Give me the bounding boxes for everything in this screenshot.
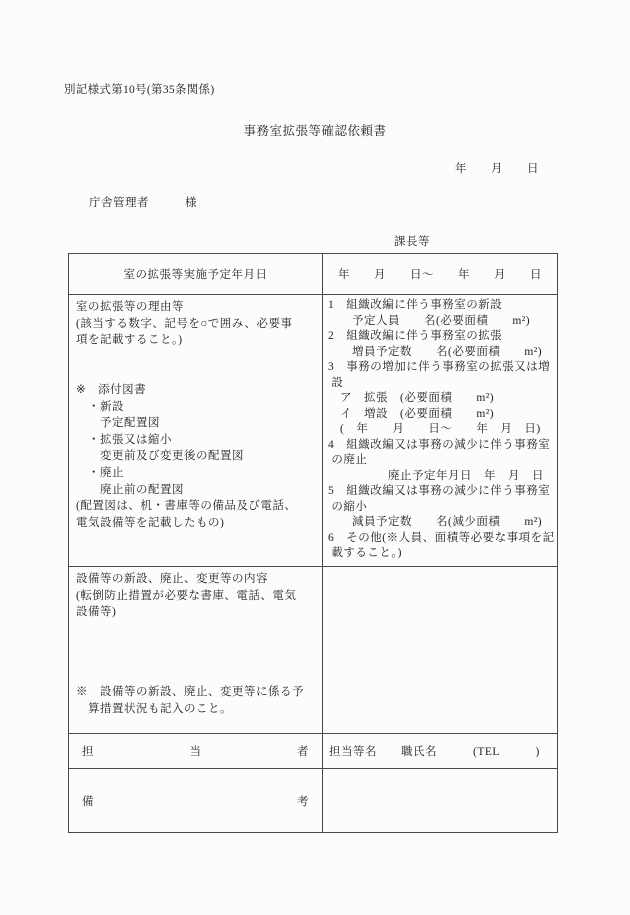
table-row-remarks: 備 考 <box>69 769 558 833</box>
scheduled-date-range-field[interactable]: 年 月 日～ 年 月 日 <box>323 254 558 295</box>
date-fill-in-line: 年 月 日 <box>455 160 539 176</box>
staff-label-char: 当 <box>190 743 202 759</box>
equipment-label-cell: 設備等の新設、廃止、変更等の内容 (転倒防止措置が必要な書庫、電話、電気 設備等… <box>69 567 323 734</box>
addressee-line: 庁舎管理者 様 <box>89 194 197 210</box>
form-number: 別記様式第10号(第35条関係) <box>64 81 214 97</box>
requester-label: 課長等 <box>394 233 430 249</box>
equipment-budget-note: ※ 設備等の新設、廃止、変更等に係る予 算措置状況も記入のこと。 <box>76 684 316 717</box>
equipment-entry-field[interactable] <box>323 567 558 734</box>
staff-label-char: 者 <box>297 743 309 759</box>
staff-label-cell: 担 当 者 <box>69 734 323 769</box>
remarks-label-char: 備 <box>82 793 94 809</box>
page-title: 事務室拡張等確認依頼書 <box>0 121 630 139</box>
equipment-cell-spacer <box>76 621 316 685</box>
remarks-label: 備 考 <box>70 793 321 809</box>
form-table: 室の拡張等実施予定年月日 年 月 日～ 年 月 日 室の拡張等の理由等 (該当す… <box>68 253 558 833</box>
table-row-reason: 室の拡張等の理由等 (該当する数字、記号を○で囲み、必要事 項を記載すること。)… <box>69 295 558 567</box>
staff-label: 担 当 者 <box>70 743 321 759</box>
table-row-equipment: 設備等の新設、廃止、変更等の内容 (転倒防止措置が必要な書庫、電話、電気 設備等… <box>69 567 558 734</box>
staff-entry-field[interactable]: 担当等名 職氏名 (TEL ) <box>323 734 558 769</box>
staff-label-char: 担 <box>82 743 94 759</box>
scheduled-date-header-label: 室の拡張等実施予定年月日 <box>69 254 323 295</box>
table-row-header: 室の拡張等実施予定年月日 年 月 日～ 年 月 日 <box>69 254 558 295</box>
remarks-entry-field[interactable] <box>323 769 558 833</box>
equipment-description: 設備等の新設、廃止、変更等の内容 (転倒防止措置が必要な書庫、電話、電気 設備等… <box>76 571 316 621</box>
reason-instructions: 室の拡張等の理由等 (該当する数字、記号を○で囲み、必要事 項を記載すること。)… <box>69 295 323 567</box>
document-page: 別記様式第10号(第35条関係) 事務室拡張等確認依頼書 年 月 日 庁舎管理者… <box>0 0 630 915</box>
remarks-label-cell: 備 考 <box>69 769 323 833</box>
table-row-staff: 担 当 者 担当等名 職氏名 (TEL ) <box>69 734 558 769</box>
remarks-label-char: 考 <box>297 793 309 809</box>
reason-options-list[interactable]: 1 組織改編に伴う事務室の新設 予定人員 名(必要面積 m²) 2 組織改編に伴… <box>323 295 558 567</box>
